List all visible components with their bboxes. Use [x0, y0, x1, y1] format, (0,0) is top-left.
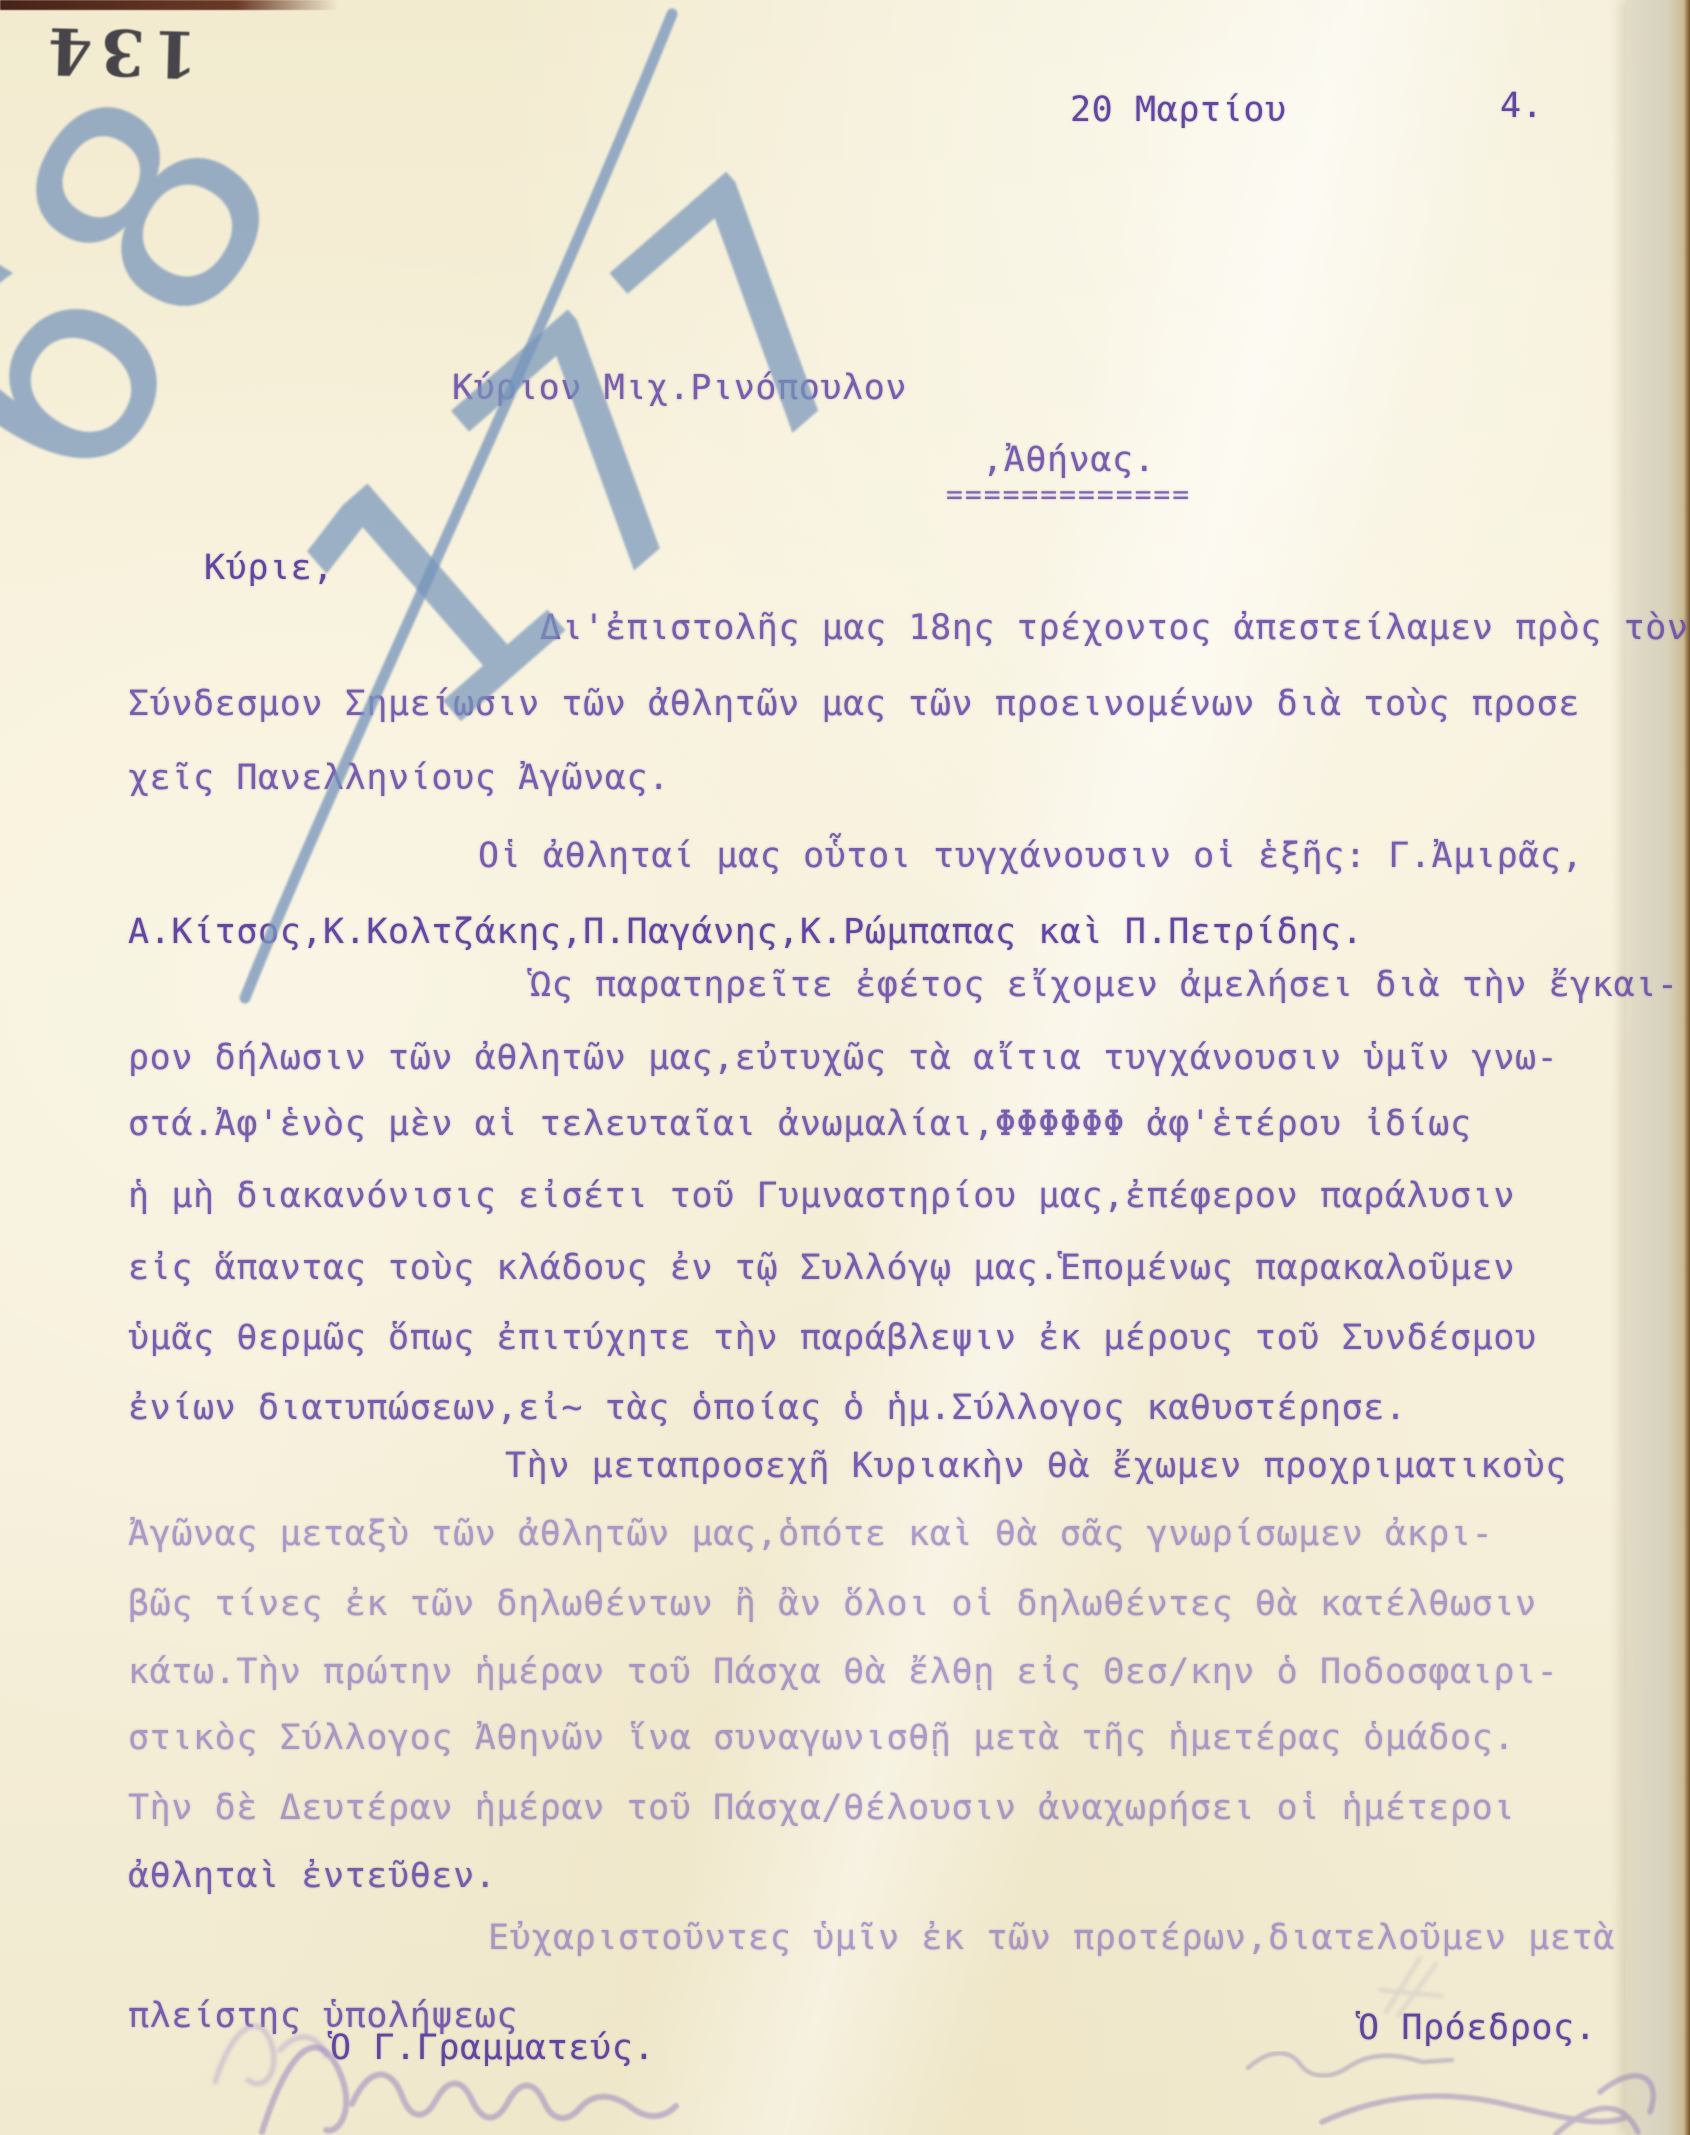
closing-line: Εὐχαριστοῦντες ὑμῖν ἐκ τῶν προτέρων,διατ… [488, 1918, 1615, 1958]
salutation: Κύριε, [204, 548, 334, 588]
letter-line: Τὴν δὲ Δευτέραν ἡμέραν τοῦ Πάσχα/θέλουσι… [128, 1788, 1515, 1828]
president-signature-line [1248, 2053, 1452, 2075]
letter-line: Οἱ ἀθληταί μας οὗτοι τυγχάνουσιν οἱ ἑξῆς… [478, 836, 1583, 876]
letter-line: χεῖς Πανελληνίους Ἀγῶνας. [128, 758, 670, 798]
letter-date: 20 Μαρτίου [1070, 90, 1287, 130]
letter-line: ἡ μὴ διακανόνισις εἰσέτι τοῦ Γυμναστηρίο… [128, 1176, 1515, 1216]
scanned-letter-page: 134 20 Μαρτίου 4. Κύριον Μιχ.Ρινόπουλον … [0, 0, 1690, 2135]
scan-top-edge [0, 0, 338, 10]
letter-line: κάτω.Τὴν πρώτην ἡμέραν τοῦ Πάσχα θὰ ἔλθῃ… [128, 1652, 1558, 1692]
secretary-title: Ὁ Γ.Γραμματεύς. [330, 2028, 655, 2068]
page-right-edge [1626, 0, 1690, 2135]
letter-line: ἀθληταὶ ἐντεῦθεν. [128, 1856, 496, 1896]
president-signature [1322, 2076, 1653, 2134]
letter-line: ἐνίων διατυπώσεων,εἰ~ τὰς ὁποίας ὁ ἡμ.Σύ… [128, 1388, 1407, 1428]
letter-line: Α.Κίτσος,Κ.Κολτζάκης,Π.Παγάνης,Κ.Ρώμπαπα… [128, 912, 1363, 952]
handwritten-number-68: 68 [0, 35, 351, 544]
letter-line: στικὸς Σύλλογος Ἀθηνῶν ἵνα συναγωνισθῇ μ… [128, 1718, 1515, 1758]
letter-line: βῶς τίνες ἐκ τῶν δηλωθέντων ἢ ἂν ὅλοι οἱ… [128, 1584, 1537, 1624]
letter-line: Ὡς παρατηρεῖτε ἐφέτος εἴχομεν ἀμελήσει δ… [530, 965, 1679, 1005]
letter-line: ὑμᾶς θερμῶς ὅπως ἐπιτύχητε τὴν παράβλεψι… [128, 1318, 1537, 1358]
page-number: 4. [1500, 86, 1543, 126]
recipient-name: Κύριον Μιχ.Ρινόπουλον [452, 368, 907, 408]
letter-line: Ἀγῶνας μεταξὺ τῶν ἀθλητῶν μας,ὁπότε καὶ … [128, 1514, 1493, 1554]
president-title: Ὁ Πρόεδρος. [1358, 2008, 1596, 2048]
letter-line: Δι'ἐπιστολῆς μας 18ης τρέχοντος ἀπεστείλ… [540, 608, 1689, 648]
archive-stamp-number: 134 [39, 12, 199, 91]
letter-line: Σύνδεσμον Σημείωσιν τῶν ἀθλητῶν μας τῶν … [128, 684, 1580, 724]
recipient-city: ,Ἀθήνας. [982, 440, 1155, 480]
letter-line: εἰς ἅπαντας τοὺς κλάδους ἐν τῷ Συλλόγῳ μ… [128, 1248, 1515, 1288]
letter-line: ρον δήλωσιν τῶν ἀθλητῶν μας,εὐτυχῶς τὰ α… [128, 1038, 1558, 1078]
letter-line: Τὴν μεταπροσεχῆ Κυριακὴν θὰ ἔχωμεν προχρ… [505, 1446, 1567, 1486]
letter-line: στά.Ἀφ'ἑνὸς μὲν αἱ τελευταῖαι ἀνωμαλίαι,… [128, 1104, 1472, 1144]
recipient-underline: ============= [946, 478, 1191, 511]
